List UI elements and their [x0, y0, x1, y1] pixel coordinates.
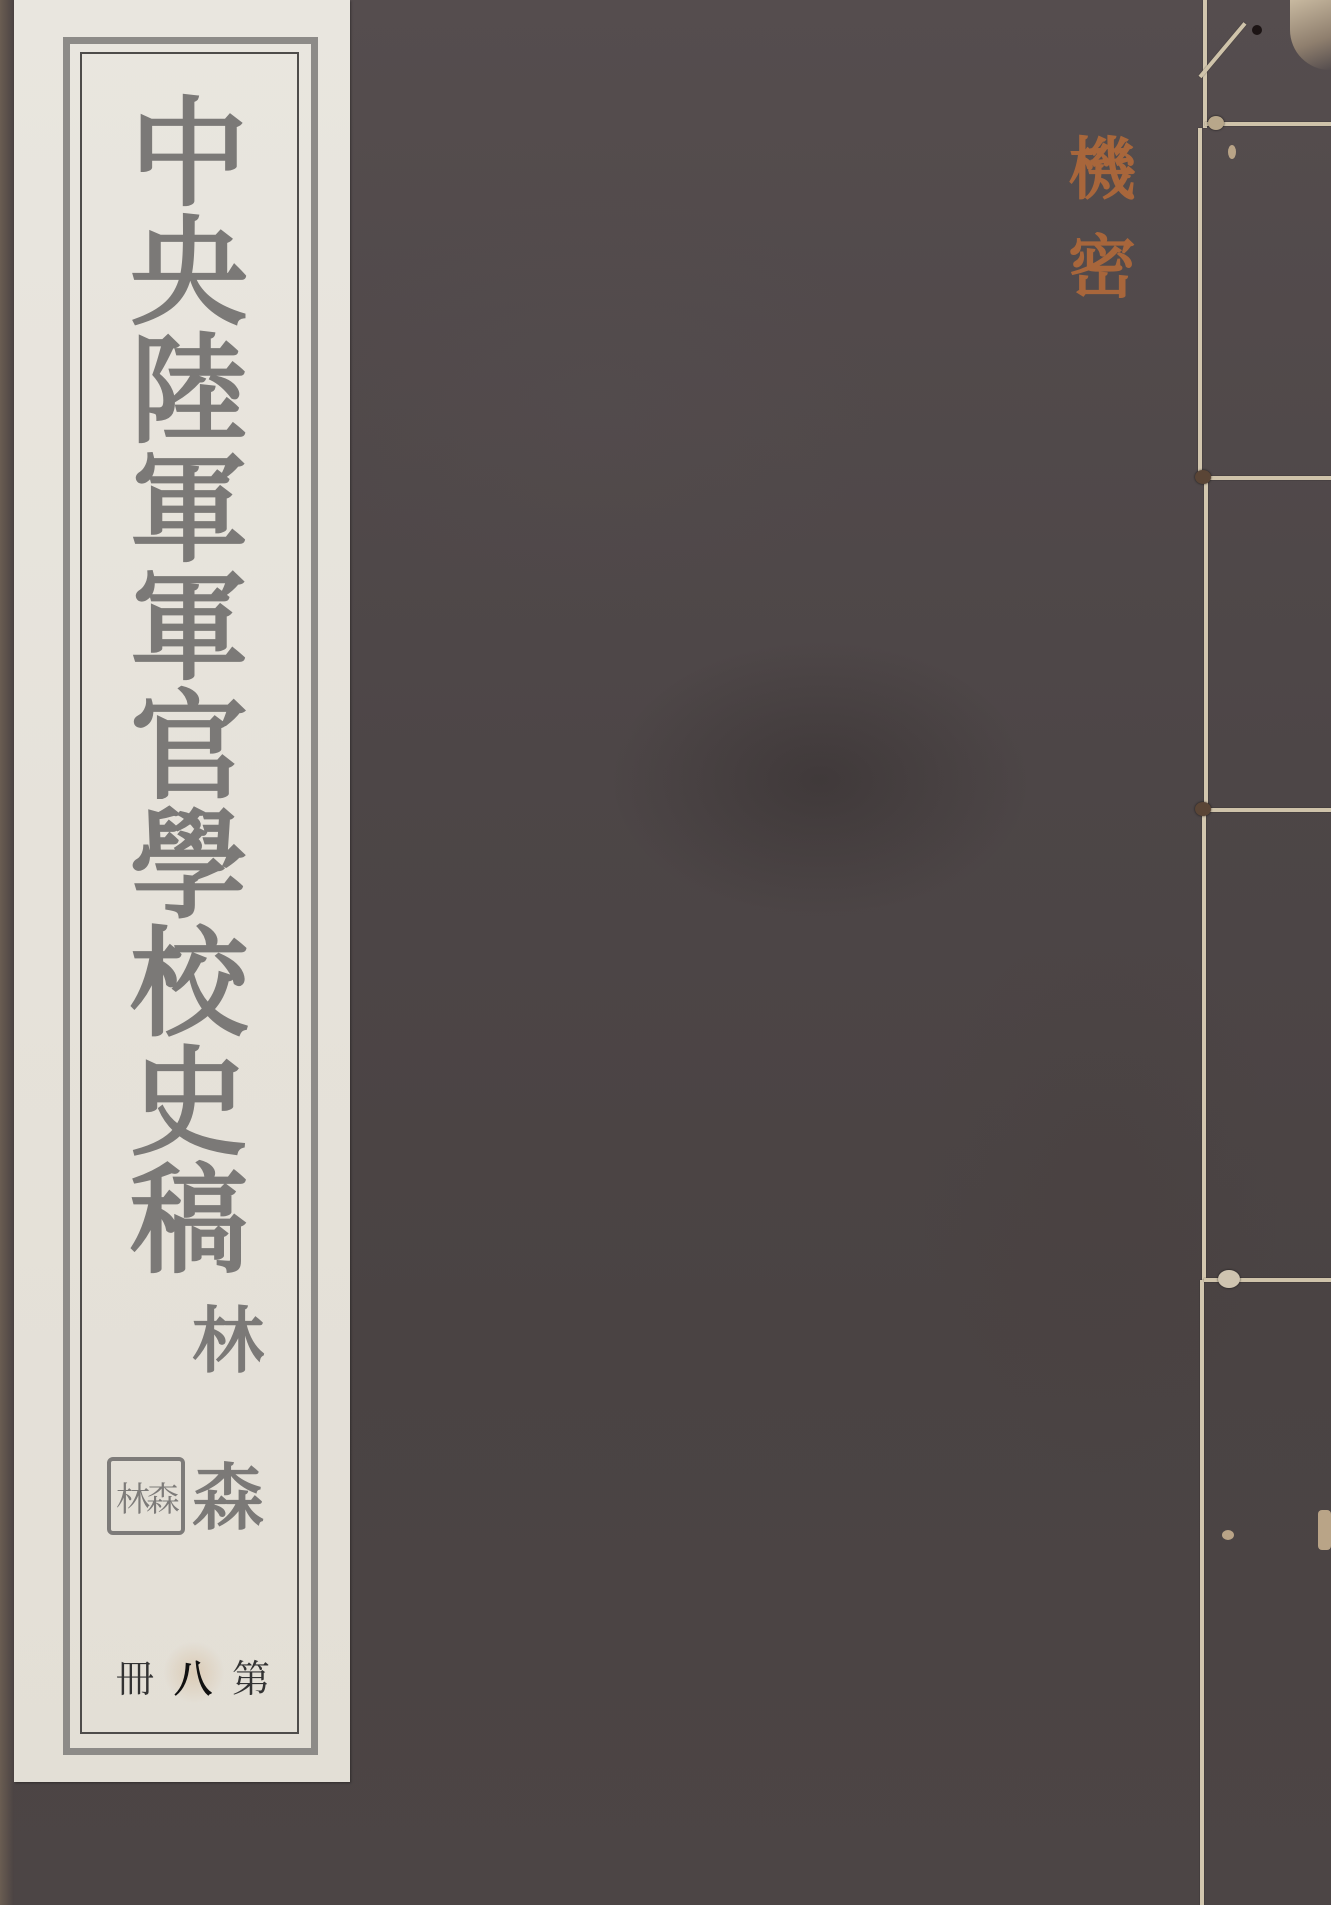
- title-slip: 中 央 陸 軍 軍 官 學 校 史 稿 林 森 林森 第 八 冊: [14, 0, 350, 1782]
- cover-edge: [0, 0, 14, 1905]
- thread-segment: [1198, 128, 1202, 478]
- thread-knot: [1218, 1270, 1240, 1288]
- thread-segment: [1202, 810, 1206, 1280]
- title-char: 央: [109, 214, 269, 333]
- classification-char: 機: [1068, 122, 1136, 220]
- title-char: 中: [109, 95, 269, 214]
- title-char: 軍: [109, 451, 269, 570]
- title-char: 官: [109, 688, 269, 807]
- wear-spot: [1222, 1530, 1234, 1540]
- binding-hole: [1252, 25, 1262, 35]
- thread-knot: [1195, 802, 1211, 816]
- title-char: 史: [109, 1044, 269, 1163]
- title-char: 稿: [109, 1162, 269, 1281]
- thread-knot: [1208, 116, 1224, 130]
- worn-corner: [1290, 0, 1331, 70]
- title-char: 陸: [109, 332, 269, 451]
- volume-prefix: 第: [232, 1648, 270, 1703]
- author-char: 林: [192, 1305, 264, 1377]
- title-char: 校: [109, 925, 269, 1044]
- book-cover: 中 央 陸 軍 軍 官 學 校 史 稿 林 森 林森 第 八 冊 機 密: [0, 0, 1331, 1905]
- author-char: 森: [192, 1462, 264, 1534]
- thread-segment: [1204, 478, 1208, 808]
- seal-stamp-icon: 林森: [107, 1457, 185, 1535]
- title-char: 軍: [109, 569, 269, 688]
- thread-knot: [1195, 470, 1211, 484]
- volume-suffix: 冊: [116, 1648, 154, 1703]
- wear-spot: [1228, 145, 1236, 159]
- title-char: 學: [109, 807, 269, 926]
- thread-tie: [1204, 808, 1331, 812]
- volume-number: 八: [174, 1648, 212, 1703]
- thread-tie: [1204, 476, 1331, 480]
- classification-stamp: 機 密: [1062, 122, 1142, 318]
- classification-char: 密: [1068, 220, 1136, 318]
- book-title: 中 央 陸 軍 軍 官 學 校 史 稿: [84, 95, 294, 1281]
- thread-segment: [1203, 0, 1207, 128]
- wear-spot: [1318, 1510, 1331, 1550]
- thread-segment: [1200, 1280, 1204, 1905]
